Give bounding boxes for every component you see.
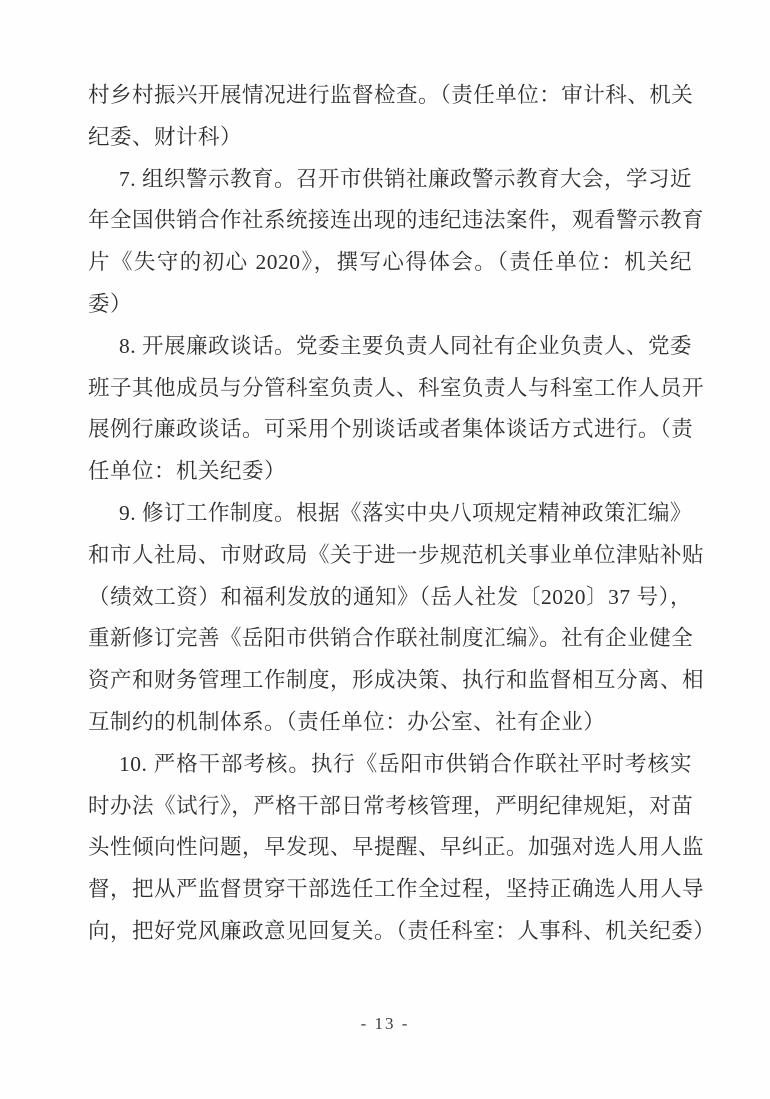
document-body: 村乡村振兴开展情况进行监督检查。（责任单位：审计科、机关纪委、财计科）7. 组织… bbox=[88, 75, 692, 953]
text-line: 资产和财务管理工作制度，形成决策、执行和监督相互分离、相 bbox=[88, 660, 692, 702]
text-line: 片《失守的初心 2020》，撰写心得体会。（责任单位：机关纪 bbox=[88, 242, 692, 284]
text-line: 年全国供销合作社系统接连出现的违纪违法案件，观看警示教育 bbox=[88, 200, 692, 242]
text-line: 和市人社局、市财政局《关于进一步规范机关事业单位津贴补贴 bbox=[88, 535, 692, 577]
text-line: 督，把从严监督贯穿干部选任工作全过程，坚持正确选人用人导 bbox=[88, 869, 692, 911]
text-line: 委） bbox=[88, 284, 692, 326]
text-line: 9. 修订工作制度。根据《落实中央八项规定精神政策汇编》 bbox=[88, 493, 692, 535]
text-line: （绩效工资）和福利发放的通知》（岳人社发〔2020〕37 号）， bbox=[88, 577, 692, 619]
text-line: 7. 组织警示教育。召开市供销社廉政警示教育大会，学习近 bbox=[88, 159, 692, 201]
page-number: - 13 - bbox=[361, 1014, 410, 1033]
document-page: 村乡村振兴开展情况进行监督检查。（责任单位：审计科、机关纪委、财计科）7. 组织… bbox=[0, 0, 770, 1099]
text-line: 村乡村振兴开展情况进行监督检查。（责任单位：审计科、机关 bbox=[88, 75, 692, 117]
text-line: 10. 严格干部考核。执行《岳阳市供销合作联社平时考核实 bbox=[88, 744, 692, 786]
text-line: 纪委、财计科） bbox=[88, 117, 692, 159]
text-line: 任单位：机关纪委） bbox=[88, 451, 692, 493]
text-line: 互制约的机制体系。（责任单位：办公室、社有企业） bbox=[88, 702, 692, 744]
text-line: 重新修订完善《岳阳市供销合作联社制度汇编》。社有企业健全 bbox=[88, 618, 692, 660]
text-line: 头性倾向性问题，早发现、早提醒、早纠正。加强对选人用人监 bbox=[88, 827, 692, 869]
text-line: 时办法《试行》，严格干部日常考核管理，严明纪律规矩，对苗 bbox=[88, 786, 692, 828]
page-footer: - 13 - bbox=[0, 1014, 770, 1034]
text-line: 班子其他成员与分管科室负责人、科室负责人与科室工作人员开 bbox=[88, 368, 692, 410]
text-line: 展例行廉政谈话。可采用个别谈话或者集体谈话方式进行。（责 bbox=[88, 409, 692, 451]
text-line: 8. 开展廉政谈话。党委主要负责人同社有企业负责人、党委 bbox=[88, 326, 692, 368]
text-line: 向，把好党风廉政意见回复关。（责任科室：人事科、机关纪委） bbox=[88, 911, 692, 953]
